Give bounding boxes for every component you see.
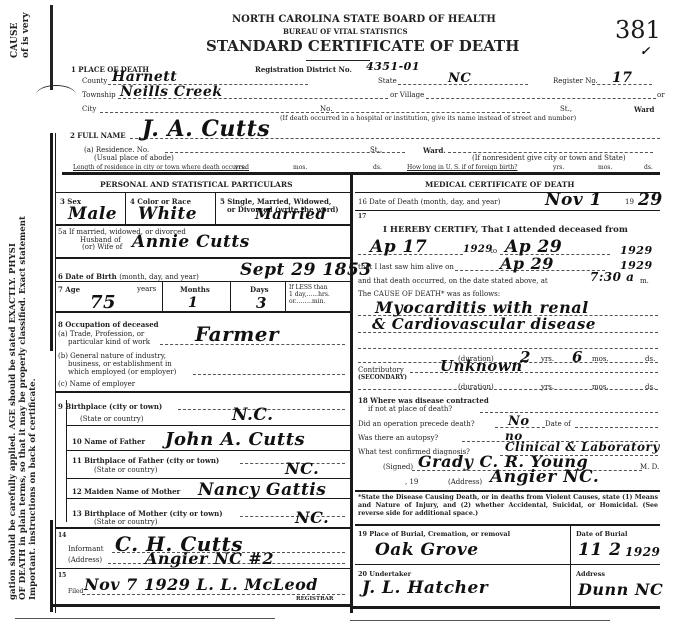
registration-district-value: 4351-01	[366, 60, 420, 73]
burial-place-value: Oak Grove	[375, 540, 479, 560]
length-mos: mos.	[293, 164, 307, 171]
autopsy-label: Was there an autopsy?	[358, 434, 438, 442]
mother-birthplace-label: 13 Birthplace of Mother (city or town)	[72, 509, 223, 518]
residence-st-label: St.,	[370, 146, 382, 154]
margin-instruction-top: CAUSE of is very	[10, 12, 32, 58]
residence-sub-label: (Usual place of abode)	[94, 154, 174, 162]
signature-address-value: Angier NC.	[490, 467, 599, 487]
birthplace-label: 9 Birthplace (city or town)	[58, 402, 162, 411]
dod-label: 16 Date of Death (month, day, and year)	[358, 198, 500, 206]
trade-value: Farmer	[195, 322, 279, 346]
death-occurred-label: and that death occurred, on the date sta…	[358, 277, 548, 285]
color-value: White	[138, 204, 197, 224]
foreign-mos: mos.	[598, 164, 612, 171]
informant-label: Informant	[68, 545, 104, 553]
age-months-value: 1	[188, 295, 198, 311]
birthplace-value: N.C.	[232, 405, 274, 425]
dod-year-prefix: 19	[625, 198, 634, 206]
trade-label-2: particular kind of work	[68, 338, 150, 346]
contracted-label-2: if not at place of death?	[368, 405, 452, 413]
years-label: years	[137, 285, 156, 293]
father-birthplace-label: 11 Birthplace of Father (city or town)	[72, 456, 219, 465]
dob-label: 6 Date of Birth (month, day, and year)	[58, 272, 199, 281]
contributory-label: Contributory	[358, 366, 404, 374]
state-label: State	[378, 77, 397, 85]
residence-label: (a) Residence. No.	[84, 146, 149, 154]
informant-number: 14	[58, 532, 66, 539]
undertaker-value: J. L. Hatcher	[362, 578, 488, 598]
undertaker-label: 20 Undertaker	[358, 570, 411, 578]
informant-address-value: Angier NC #2	[145, 549, 274, 568]
duration-yrs-label: yrs.	[541, 355, 554, 363]
full-name-value: J. A. Cutts	[142, 116, 270, 142]
nonresident-note: (If nonresident give city or town and St…	[472, 154, 626, 162]
signed-label: (Signed)	[383, 463, 413, 471]
burial-year: 1929	[625, 545, 660, 559]
full-name-label: 2 FULL NAME	[70, 131, 126, 140]
trade-label-1: (a) Trade, Profession, or	[58, 330, 144, 338]
title-underline	[306, 60, 370, 61]
birthplace-sub: (State or country)	[80, 415, 143, 423]
days-label: Days	[250, 285, 269, 294]
contracted-label-1: 18 Where was disease contracted	[358, 396, 489, 405]
st-label: St.,	[560, 105, 572, 113]
occupation-label: 8 Occupation of deceased	[58, 320, 159, 329]
secondary-mos-label: mos.	[592, 383, 609, 391]
or-village-label: or Village	[390, 91, 424, 99]
bureau-name: BUREAU OF VITAL STATISTICS	[283, 27, 408, 36]
burial-date-value: 11 2	[578, 540, 621, 560]
township-value: Neills Creek	[120, 84, 222, 100]
medical-heading: MEDICAL CERTIFICATE OF DEATH	[425, 180, 574, 189]
left-border	[50, 133, 53, 351]
board-name: NORTH CAROLINA STATE BOARD OF HEALTH	[232, 14, 496, 25]
industry-label-2: business, or establishment in	[68, 360, 172, 368]
check-mark: ✓	[640, 44, 651, 58]
dod-value: Nov 1	[545, 190, 602, 210]
father-value: John A. Cutts	[165, 429, 305, 450]
township-label: Township	[82, 91, 116, 99]
item-17-label: 17	[358, 213, 366, 220]
father-birthplace-sub: (State or country)	[94, 466, 157, 474]
date-of-label: Date of	[545, 420, 571, 428]
dob-sub-label: (month, day, and year)	[119, 273, 199, 281]
length-yrs: yrs.	[235, 164, 246, 171]
duration-mos-label: mos.	[592, 355, 609, 363]
industry-label-1: (b) General nature of industry,	[58, 352, 166, 360]
certify-text: I HEREBY CERTIFY, That I attended deceas…	[383, 225, 628, 235]
secondary-duration-label: (duration)	[458, 383, 494, 391]
mother-birthplace-value: NC.	[295, 508, 329, 527]
foreign-yrs: yrs.	[553, 164, 564, 171]
secondary-yrs-label: yrs.	[541, 383, 554, 391]
undertaker-address-label: Address	[576, 570, 605, 578]
dod-year: 29	[638, 190, 663, 210]
margin-line: gation should be carefully applied. AGE …	[8, 216, 18, 600]
margin-line: CAUSE	[10, 12, 21, 58]
register-no-value: 17	[612, 70, 632, 86]
attended-from-value: Ap 17	[370, 237, 427, 257]
margin-line: OF DEATH in plain terms, so that it may …	[18, 216, 28, 600]
mother-label: 12 Maiden Name of Mother	[72, 487, 180, 496]
length-ds: ds.	[373, 164, 382, 171]
undertaker-address-value: Dunn NC	[578, 580, 663, 599]
personal-heading: PERSONAL AND STATISTICAL PARTICULARS	[100, 180, 293, 189]
duration-ds-label: ds.	[645, 355, 655, 363]
sex-value: Male	[68, 204, 117, 224]
cause-of-death-label: The CAUSE OF DEATH* was as follows:	[358, 290, 500, 298]
margin-curve	[36, 85, 76, 105]
filed-value: Nov 7 1929 L. L. McLeod	[84, 575, 318, 594]
burial-place-label: 19 Place of Burial, Cremation, or remova…	[358, 530, 510, 538]
city-label: City	[82, 105, 96, 113]
registrar-label: REGISTRAR	[296, 596, 334, 602]
time-of-death: 7:30 a	[590, 270, 634, 284]
duration-months: 6	[572, 348, 583, 366]
registration-district-label: Registration District No.	[255, 65, 352, 74]
marital-value: Married	[255, 205, 326, 223]
employer-label: (c) Name of employer	[58, 380, 135, 388]
margin-line: Important. instructions on back of certi…	[28, 216, 38, 600]
foreign-birth-label: How long in U. S. if of foreign birth?	[407, 164, 517, 171]
last-saw-label: that I last saw him alive on	[358, 263, 454, 271]
age-label: 7 Age	[58, 285, 80, 294]
less-than-2: 1 day,......hrs.	[289, 291, 330, 298]
center-divider	[350, 173, 353, 613]
mother-value: Nancy Gattis	[198, 480, 326, 500]
state-value: NC	[448, 71, 471, 86]
less-than-1: If LESS than	[289, 284, 328, 291]
length-of-residence-label: Length of residence in city or town wher…	[73, 164, 249, 171]
father-label: 10 Name of Father	[72, 437, 145, 446]
county-label: County	[82, 77, 107, 85]
foreign-ds: ds.	[644, 164, 653, 171]
residence-ward-label: Ward.	[423, 146, 446, 155]
months-label: Months	[180, 285, 210, 294]
county-value: Harnett	[112, 69, 177, 85]
certificate-title: STANDARD CERTIFICATE OF DEATH	[206, 37, 519, 55]
attended-from-year: 1929	[463, 244, 493, 255]
operation-label: Did an operation precede death?	[358, 420, 475, 428]
or-label: or	[657, 91, 665, 99]
margin-instruction-bottom: gation should be carefully applied. AGE …	[8, 216, 38, 600]
left-border-lower	[50, 520, 53, 612]
to-label: to	[490, 247, 497, 255]
md-label: M. D.	[640, 463, 659, 471]
mother-birthplace-sub: (State or country)	[94, 518, 157, 526]
hospital-note: (If death occurred in a hospital or inst…	[280, 114, 576, 122]
age-days-value: 3	[256, 294, 267, 312]
time-suffix: m.	[640, 277, 649, 285]
dob-value: Sept 29 1853	[240, 260, 372, 280]
last-saw-value: Ap 29	[500, 254, 554, 273]
signature-year-label: , 19	[405, 478, 418, 486]
industry-label-3: which employed (or employer)	[68, 368, 176, 376]
spouse-value: Annie Cutts	[132, 232, 250, 252]
margin-line: of is very	[21, 12, 32, 58]
register-no-label: Register No.	[553, 77, 598, 85]
ward-label: Ward	[634, 105, 654, 114]
cause-footnote: *State the Disease Causing Death, or in …	[358, 494, 658, 518]
secondary-label: (SECONDARY)	[358, 374, 407, 381]
cause-line-2: & Cardiovascular disease	[372, 315, 596, 333]
informant-address-label: (Address)	[68, 556, 102, 564]
secondary-ds-label: ds.	[645, 383, 655, 391]
father-birthplace-value: NC.	[285, 459, 319, 478]
operation-value: No	[508, 414, 530, 429]
margin-fold-line	[50, 5, 53, 90]
file-number: 381	[615, 16, 661, 44]
less-than-3: or.........min.	[289, 298, 325, 305]
dob-label-text: 6 Date of Birth	[58, 272, 117, 281]
signature-address-label: (Address)	[448, 478, 482, 486]
burial-date-label: Date of Burial	[576, 530, 627, 538]
filed-number: 15	[58, 572, 66, 579]
age-years-value: 75	[90, 292, 116, 313]
spouse-label-3: (or) Wife of	[82, 243, 122, 251]
attended-to-year: 1929	[620, 244, 653, 257]
no-label: No.	[320, 105, 332, 113]
contributory-value: Unknown	[440, 357, 523, 375]
